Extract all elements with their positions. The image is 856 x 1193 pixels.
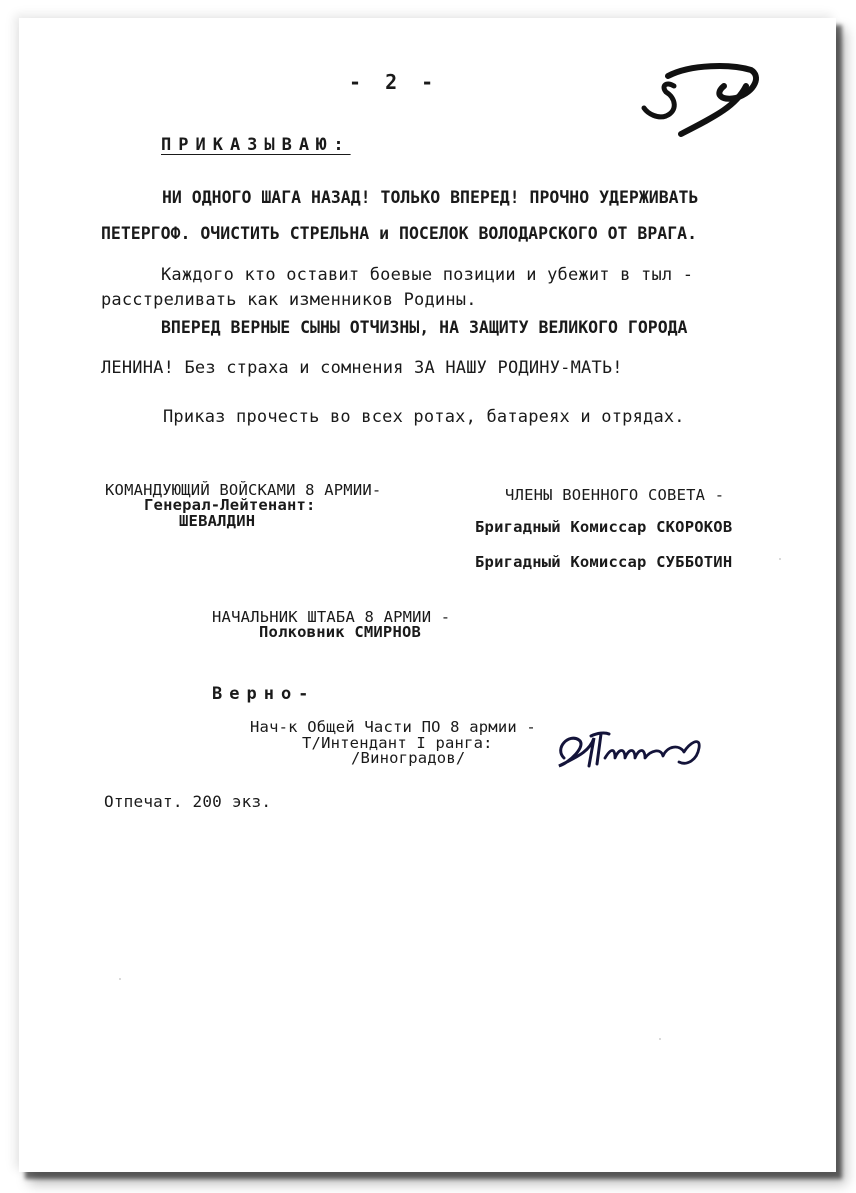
- order-paragraph-1-line-2: ПЕТЕРГОФ. ОЧИСТИТЬ СТРЕЛЬНА и ПОСЕЛОК ВО…: [101, 224, 697, 243]
- document-page: - 2 - ПРИКАЗЫВАЮ: НИ ОДНОГО ШАГА НАЗАД! …: [19, 18, 836, 1172]
- order-paragraph-2-line-2: расстреливать как изменников Родины.: [101, 290, 477, 310]
- paper-speck: [119, 978, 121, 980]
- paper-speck: [779, 558, 781, 560]
- paper-speck: [659, 1038, 661, 1040]
- handwritten-number-mark: [636, 56, 776, 146]
- certification-line-3: /Виноградов/: [351, 749, 465, 767]
- chief-of-staff-name: Полковник СМИРНОВ: [259, 623, 421, 641]
- council-member-1: Бригадный Комиссар СКОРОКОВ: [475, 518, 732, 536]
- council-member-2: Бригадный Комиссар СУББОТИН: [475, 553, 732, 571]
- order-paragraph-2-line-1: Каждого кто оставит боевые позиции и убе…: [161, 265, 693, 285]
- order-paragraph-3-line-2: ЛЕНИНА! Без страха и сомнения ЗА НАШУ РО…: [101, 358, 623, 378]
- order-heading: ПРИКАЗЫВАЮ:: [161, 135, 351, 155]
- page-number: - 2 -: [349, 70, 439, 94]
- commander-name: ШЕВАЛДИН: [179, 512, 255, 530]
- order-paragraph-3-line-1: ВПЕРЕД ВЕРНЫЕ СЫНЫ ОТЧИЗНЫ, НА ЗАЩИТУ ВЕ…: [161, 318, 688, 337]
- handwritten-signature: [539, 718, 719, 778]
- order-paragraph-1-line-1: НИ ОДНОГО ШАГА НАЗАД! ТОЛЬКО ВПЕРЕД! ПРО…: [162, 188, 698, 207]
- council-title: ЧЛЕНЫ ВОЕННОГО СОВЕТА -: [505, 486, 724, 504]
- order-paragraph-4: Приказ прочесть во всех ротах, батареях …: [163, 407, 685, 427]
- certification-verno: Верно-: [212, 684, 315, 704]
- print-run-note: Отпечат. 200 экз.: [104, 792, 271, 811]
